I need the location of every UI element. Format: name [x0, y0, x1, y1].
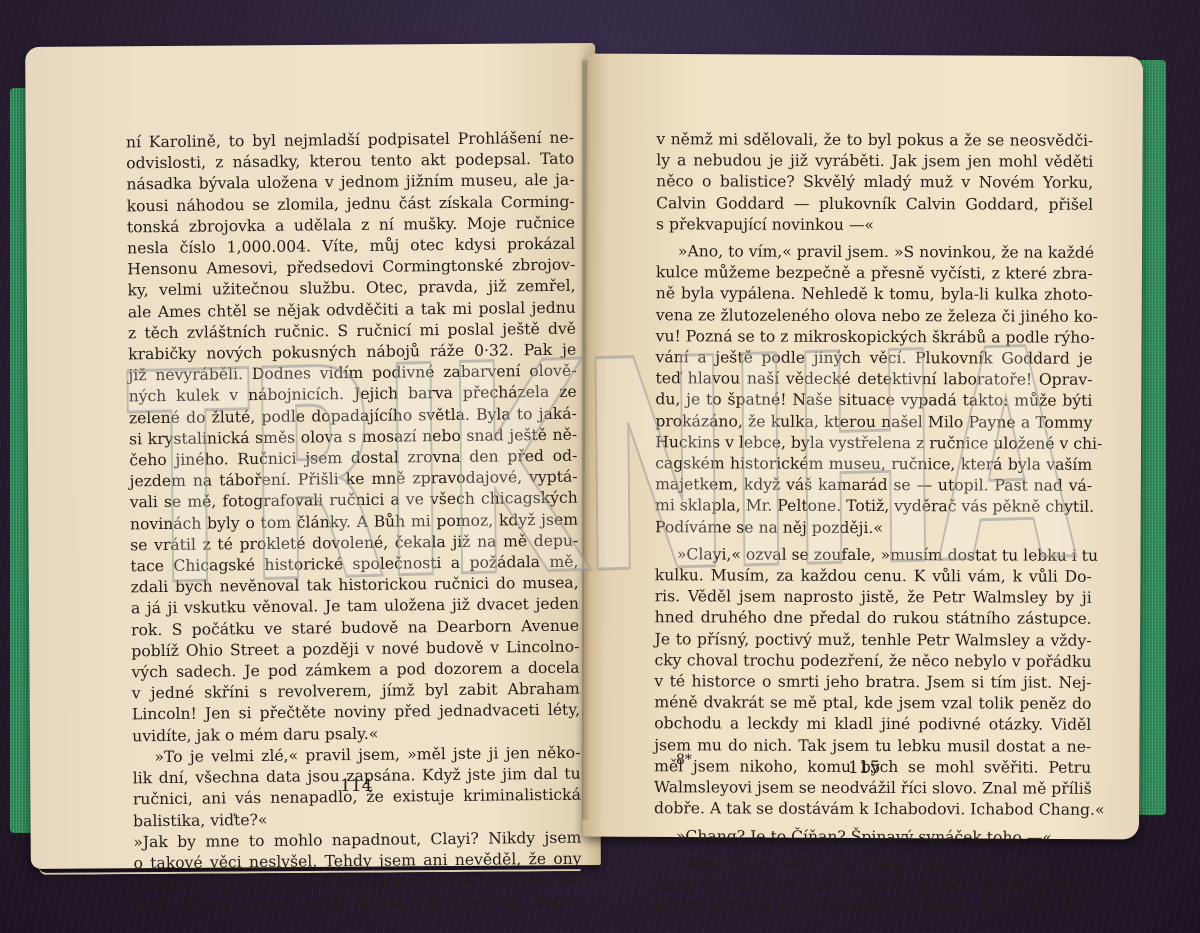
text-line: je syn jednoho z nejslušnějších Číňanů, …: [654, 895, 1091, 918]
text-line: prokázáno, že kulka, kterou našel Milo P…: [655, 411, 1092, 434]
text-line: »Ano, Clayi. Vím, vím. Jsem z duše rád, …: [654, 853, 1091, 876]
text-line: kulce můžeme bezpečně a přesně vyčísti, …: [656, 262, 1093, 285]
text-line: ly a nebudou je již vyráběti. Jak jsem j…: [656, 150, 1093, 173]
text-line: v němž mi sdělovali, že to byl pokus a ž…: [656, 129, 1093, 152]
text-line: jsem mu do nich. Tak jsem tu lebku musil…: [654, 735, 1091, 758]
text-line: s překvapující novinkou —«: [656, 214, 1093, 237]
text-line: ris. Věděl jsem naprosto jistě, že Petr …: [655, 587, 1092, 610]
text-line: zabil. Nechte mne však vyprávět, prosím.…: [654, 874, 1091, 897]
text-line: vu! Pozná se to z mikroskopických škrábů…: [656, 326, 1093, 349]
text-line: cky choval trochu podezření, že něco neb…: [654, 650, 1091, 673]
text-line: Huckins v lebce, byla vystřelena z ručni…: [655, 432, 1092, 455]
text-line: »Clayi,« ozval se zoufale, »musím dostat…: [655, 544, 1092, 567]
text-line: Je to přísný, poctivý muž, tenhle Petr W…: [655, 629, 1092, 652]
text-line: teď hlavou naší vědecké detektivní labor…: [655, 368, 1092, 391]
signature-mark: 8*: [676, 752, 692, 768]
text-line: ně byla vypálena. Nehledě k tomu, byla-l…: [656, 284, 1093, 307]
text-line: majetkem, když váš kamarád se — utopil. …: [655, 474, 1092, 497]
text-line: Calvin Goddard — plukovník Calvin Goddar…: [656, 193, 1093, 216]
text-line: vena ze žlutozeleného olova nebo ze žele…: [656, 305, 1093, 328]
text-line: »Ano, to vím,« pravil jsem. »S novinkou,…: [656, 241, 1093, 264]
book-gutter: [582, 60, 590, 820]
text-line: méně dvakrát se mě ptal, kde jsem vzal t…: [654, 693, 1091, 716]
text-line: v té historce o smrti jeho bratra. Jsem …: [654, 671, 1091, 694]
text-line: cagském historickém museu, ručnice, kter…: [655, 453, 1092, 476]
page-number-left: 114: [340, 776, 372, 796]
text-line: du, je to špatné! Naše situace vypadá ta…: [655, 390, 1092, 413]
text-line: Podíváme se na něj později.«: [655, 517, 1092, 540]
text-line: kulku. Musím, za každou cenu. K vůli vám…: [655, 565, 1092, 588]
page-number-right: 115: [848, 758, 880, 778]
text-line: něco o balistice? Skvělý mladý muž v Nov…: [656, 172, 1093, 195]
text-line: Walmsleyovi jsem se neodvážil říci slovo…: [654, 777, 1091, 800]
text-line: prve krátce potom jsem dostal od zbrojov…: [134, 891, 582, 917]
text-line: »Chang? Je to Číňan? Špinavý synáček toh…: [654, 826, 1091, 849]
text-line: mi sklapla, Mr. Peltone. Totiž, vyděrač …: [655, 496, 1092, 519]
text-line: vání a ještě podle jiných věcí. Plukovní…: [656, 347, 1093, 370]
text-line: obchodu a leckdy mi kladl jiné podivné o…: [654, 714, 1091, 737]
text-line: dobře. A tak se dostávám k Ichabodovi. I…: [654, 799, 1091, 822]
left-page-text: ní Karolině, to byl nejmladší podpisatel…: [126, 128, 582, 917]
right-page-text: v němž mi sdělovali, že to byl pokus a ž…: [654, 129, 1094, 918]
text-line: hned druhého dne předal do rukou státníh…: [655, 608, 1092, 631]
